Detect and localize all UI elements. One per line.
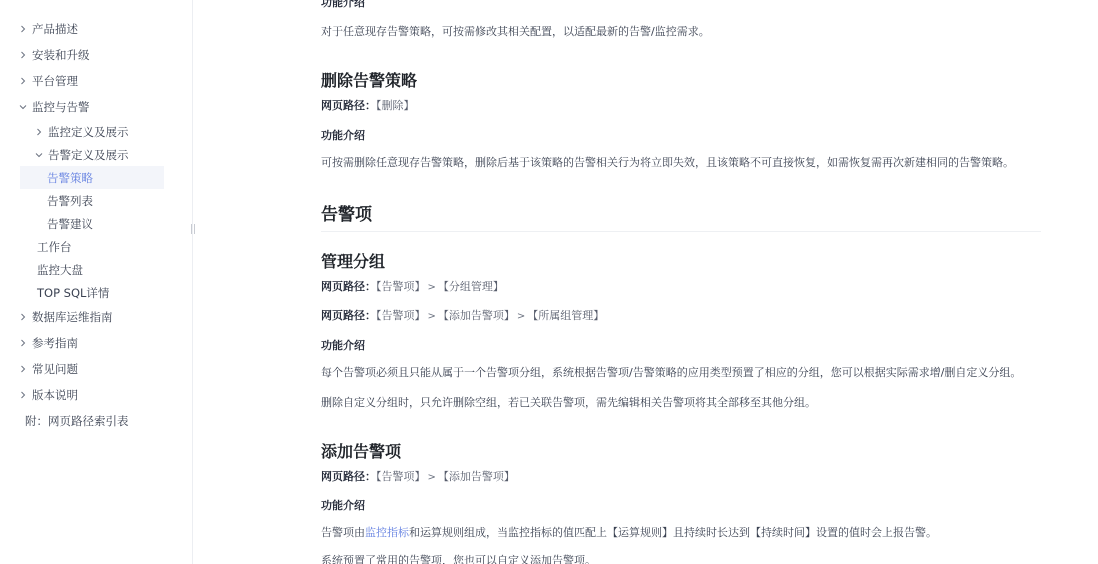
sidebar-item-platform-management[interactable]: 平台管理	[0, 68, 192, 94]
sidebar-item-label: 数据库运维指南	[32, 309, 113, 325]
chevron-right-icon	[16, 313, 30, 321]
manage-groups-heading: 管理分组	[321, 249, 385, 272]
sidebar-item-faq[interactable]: 常见问题	[0, 356, 192, 382]
manage-groups-description-2: 删除自定义分组时，只允许删除空组，若已关联告警项，需先编辑相关告警项将其全部移至…	[321, 395, 816, 411]
manage-groups-description-1: 每个告警项必须且只能从属于一个告警项分组，系统根据告警项/告警策略的应用类型预置…	[321, 365, 1021, 381]
sidebar-item-label: 告警策略	[47, 170, 93, 186]
add-alert-item-path: 网页路径：【告警项】>【添加告警项】	[321, 468, 515, 484]
sidebar-item-monitoring-dashboard[interactable]: 监控大盘	[0, 258, 192, 281]
path-separator: >	[428, 472, 436, 483]
sidebar-item-alert-suggestion[interactable]: 告警建议	[0, 212, 192, 235]
delete-policy-description: 可按需删除任意现存告警策略，删除后基于该策略的告警相关行为将立即失效，且该策略不…	[321, 155, 1014, 171]
path-segment: 【告警项】	[376, 309, 426, 322]
sidebar-item-db-ops-guide[interactable]: 数据库运维指南	[0, 304, 192, 330]
delete-policy-path: 网页路径：【删除】	[321, 97, 415, 113]
path-segment: 【告警项】	[376, 280, 426, 293]
add-alert-item-heading: 添加告警项	[321, 439, 401, 462]
delete-policy-heading: 删除告警策略	[321, 68, 417, 91]
path-label: 网页路径：	[321, 99, 376, 112]
sidebar-item-label: TOP SQL详情	[37, 285, 109, 301]
sidebar-item-alert-definition[interactable]: 告警定义及展示	[0, 143, 192, 166]
sidebar-item-label: 监控与告警	[32, 99, 90, 115]
path-segment: 【所属组管理】	[527, 309, 604, 322]
manage-groups-path-1: 网页路径：【告警项】>【分组管理】	[321, 278, 504, 294]
sidebar-item-product-description[interactable]: 产品描述	[0, 16, 192, 42]
function-intro-label: 功能介绍	[321, 0, 365, 10]
sidebar-item-install-upgrade[interactable]: 安装和升级	[0, 42, 192, 68]
sidebar-item-label: 安装和升级	[32, 47, 90, 63]
path-segment: 【添加告警项】	[438, 470, 515, 483]
chevron-down-icon	[16, 103, 30, 111]
sidebar-item-label: 附：网页路径索引表	[25, 413, 129, 429]
doc-content: 功能介绍 对于任意现存告警策略，可按需修改其相关配置，以适配最新的告警/监控需求…	[193, 0, 1098, 564]
sidebar-item-workbench[interactable]: 工作台	[0, 235, 192, 258]
chevron-right-icon	[32, 128, 46, 136]
path-segment: 【删除】	[376, 99, 415, 112]
sidebar-item-monitoring-alerting[interactable]: 监控与告警	[0, 94, 192, 120]
chevron-right-icon	[16, 77, 30, 85]
chevron-right-icon	[16, 25, 30, 33]
path-separator: >	[428, 311, 436, 322]
sidebar-item-alert-list[interactable]: 告警列表	[0, 189, 192, 212]
function-intro-label: 功能介绍	[321, 497, 365, 513]
docs-layout: 产品描述 安装和升级 平台管理 监控与告警 监控定义及展示 告警定义及展示 告警…	[0, 0, 1098, 564]
sidebar-item-release-notes[interactable]: 版本说明	[0, 382, 192, 408]
sidebar-item-label: 监控定义及展示	[48, 124, 129, 140]
path-separator: >	[517, 311, 525, 322]
path-segment: 【告警项】	[376, 470, 426, 483]
sidebar-item-monitoring-definition[interactable]: 监控定义及展示	[0, 120, 192, 143]
chevron-right-icon	[16, 391, 30, 399]
sidebar-item-label: 产品描述	[32, 21, 78, 37]
sidebar-item-label: 平台管理	[32, 73, 78, 89]
path-label: 网页路径：	[321, 280, 376, 293]
sidebar-item-label: 告警定义及展示	[48, 147, 129, 163]
function-intro-label: 功能介绍	[321, 337, 365, 353]
sidebar-item-alert-policy[interactable]: 告警策略	[20, 166, 164, 189]
chevron-down-icon	[32, 151, 46, 159]
chevron-right-icon	[16, 51, 30, 59]
path-label: 网页路径：	[321, 470, 376, 483]
chevron-right-icon	[16, 365, 30, 373]
add-alert-item-description: 告警项由监控指标和运算规则组成，当监控指标的值匹配上【运算规则】且持续时长达到【…	[321, 525, 937, 541]
sidebar-item-label: 版本说明	[32, 387, 78, 403]
alert-items-section-heading: 告警项	[321, 200, 1041, 232]
add-alert-item-description-2: 系统预置了常用的告警项，您也可以自定义添加告警项。	[321, 553, 596, 564]
doc-sidebar-nav: 产品描述 安装和升级 平台管理 监控与告警 监控定义及展示 告警定义及展示 告警…	[0, 0, 193, 564]
sidebar-item-label: 常见问题	[32, 361, 78, 377]
path-separator: >	[428, 282, 436, 293]
path-segment: 【添加告警项】	[438, 309, 515, 322]
desc-text: 和运算规则组成，当监控指标的值匹配上【运算规则】且持续时长达到【持续时间】设置的…	[409, 526, 937, 539]
path-segment: 【分组管理】	[438, 280, 504, 293]
function-intro-label: 功能介绍	[321, 127, 365, 143]
sidebar-item-label: 告警列表	[47, 193, 93, 209]
chevron-right-icon	[16, 339, 30, 347]
sidebar-item-label: 工作台	[37, 239, 72, 255]
sidebar-item-path-index[interactable]: 附：网页路径索引表	[0, 408, 192, 434]
manage-groups-path-2: 网页路径：【告警项】>【添加告警项】>【所属组管理】	[321, 307, 604, 323]
modify-policy-description: 对于任意现存告警策略，可按需修改其相关配置，以适配最新的告警/监控需求。	[321, 24, 710, 40]
alert-items-heading: 告警项	[321, 200, 1041, 225]
path-label: 网页路径：	[321, 309, 376, 322]
heading-divider	[321, 231, 1041, 232]
sidebar-item-reference-guide[interactable]: 参考指南	[0, 330, 192, 356]
monitoring-metric-link[interactable]: 监控指标	[365, 526, 409, 539]
sidebar-item-label: 参考指南	[32, 335, 78, 351]
sidebar-item-label: 监控大盘	[37, 262, 83, 278]
desc-text: 告警项由	[321, 526, 365, 539]
sidebar-item-label: 告警建议	[47, 216, 93, 232]
sidebar-item-top-sql[interactable]: TOP SQL详情	[0, 281, 192, 304]
